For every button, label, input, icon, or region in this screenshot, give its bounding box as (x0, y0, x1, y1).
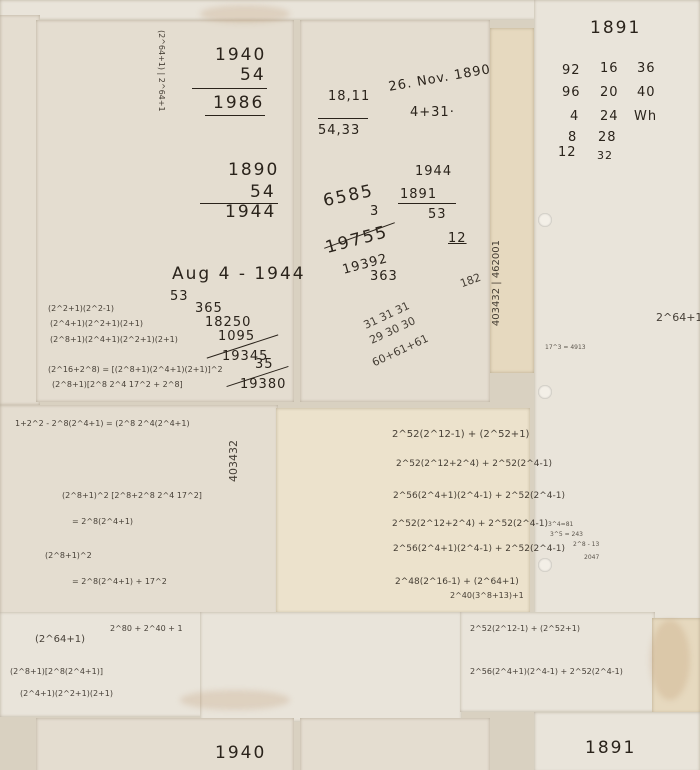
equation-line: 2^52(2^12-1) + (2^52+1) (392, 430, 529, 440)
equation-line: (2^8+1)^2 (45, 552, 92, 560)
formula-top: (2^64+1) | 2^64+1 (157, 30, 165, 112)
table-cell: 36 (637, 62, 656, 75)
calc-a: 54,33 (318, 124, 360, 137)
equation-line: 2^56(2^4+1)(2^4-1) + 2^52(2^4-1) (470, 668, 623, 676)
punch-hole (538, 385, 552, 399)
sum: 53 (428, 208, 447, 221)
equation-line: 2^56(2^4+1)(2^4-1) + 2^52(2^4-1) (393, 545, 565, 554)
calc-b: 3 (370, 205, 379, 218)
year-repeat: 1891 (585, 740, 636, 757)
table-cell: 96 (562, 86, 581, 99)
year: 1891 (590, 20, 641, 37)
equation-line: = 2^8(2^4+1) (72, 518, 133, 526)
table-cell: 92 (562, 64, 581, 77)
vertical-number: 403432 | 462001 (492, 240, 502, 326)
equation-line: 1+2^2 - 2^8(2^4+1) = (2^8 2^4(2^4+1) (15, 420, 190, 428)
formula: (2^8+1)[2^8 2^4 17^2 + 2^8] (52, 381, 183, 389)
date: Aug 4 - 1944 (172, 266, 306, 283)
table-cell: Wh (634, 110, 657, 123)
equation-line: 2^52(2^12+2^4) + 2^52(2^4-1) (396, 460, 552, 469)
sum1-a-repeat: 1940 (215, 745, 266, 762)
sum2-a: 1890 (228, 162, 279, 179)
equation-line: 2^52(2^12-1) + (2^52+1) (470, 625, 580, 633)
table-cell: 28 (598, 131, 617, 144)
punch-hole (538, 558, 552, 572)
note: 2^8 - 13 (573, 542, 599, 548)
sheet-bottom-repeat-mid (300, 718, 490, 770)
sum2-b: 54 (250, 184, 276, 201)
stain (180, 690, 290, 710)
punch-hole (538, 213, 552, 227)
equation-line: 2^80 + 2^40 + 1 (110, 625, 183, 633)
note: 3^5 = 243 (550, 532, 583, 538)
table-cell: 4 (570, 110, 579, 123)
rule (398, 203, 456, 204)
formula: 2^64+1 (656, 312, 700, 323)
left-edge-sheet (0, 15, 40, 405)
sum2-c: 1944 (225, 204, 276, 221)
calc-b: 363 (370, 270, 398, 283)
table-cell: 24 (600, 110, 619, 123)
note: 3^4=81 (548, 522, 573, 528)
stain (200, 5, 290, 23)
sum1-c: 1986 (213, 95, 264, 112)
equation-line: 2^48(2^16-1) + (2^64+1) (395, 578, 519, 587)
note: 17^3 = 4913 (545, 345, 586, 351)
stain (650, 620, 690, 700)
calc: 18250 (205, 316, 251, 329)
formula: (2^4+1)(2^2+1)(2+1) (50, 320, 143, 328)
calc: 35 (255, 358, 274, 371)
table-cell: 8 (568, 131, 577, 144)
equation-line: (2^8+1)[2^8(2^4+1)] (10, 668, 103, 676)
sum: 1891 (400, 188, 437, 201)
equation-line: (2^8+1)^2 [2^8+2^8 2^4 17^2] (62, 492, 202, 500)
equation-line: 2^52(2^12+2^4) + 2^52(2^4-1) (392, 520, 548, 529)
rule (205, 115, 265, 116)
rule (192, 88, 267, 89)
mark: 12 (448, 232, 467, 245)
table-cell: 12 (558, 146, 577, 159)
equation-line: = 2^8(2^4+1) + 17^2 (72, 578, 167, 586)
rule (318, 118, 368, 119)
note: 2047 (584, 555, 599, 561)
calc: 365 (195, 302, 223, 315)
equation-line: (2^64+1) (35, 635, 85, 645)
calc-a: 18,11 (328, 90, 370, 103)
table-cell: 16 (600, 62, 619, 75)
formula: (2^16+2^8) = [(2^8+1)(2^4+1)(2+1)]^2 (48, 366, 223, 374)
table-cell: 32 (597, 150, 613, 161)
formula: (2^8+1)(2^4+1)(2^2+1)(2+1) (50, 336, 178, 344)
calc: 19380 (240, 378, 286, 391)
vertical-number: 403432 (228, 440, 239, 482)
sum1-b: 54 (240, 67, 266, 84)
expr: 4+31· (410, 106, 455, 119)
equation-line: 2^56(2^4+1)(2^4-1) + 2^52(2^4-1) (393, 492, 565, 501)
sum: 1944 (415, 165, 452, 178)
table-cell: 20 (600, 86, 619, 99)
table-cell: 40 (637, 86, 656, 99)
sum1-a: 1940 (215, 47, 266, 64)
equation-line: 2^40(3^8+13)+1 (450, 592, 524, 600)
equation-line: (2^4+1)(2^2+1)(2+1) (20, 690, 113, 698)
formula: (2^2+1)(2^2-1) (48, 305, 114, 313)
calc: 1095 (218, 330, 255, 343)
note: 53 (170, 290, 189, 303)
